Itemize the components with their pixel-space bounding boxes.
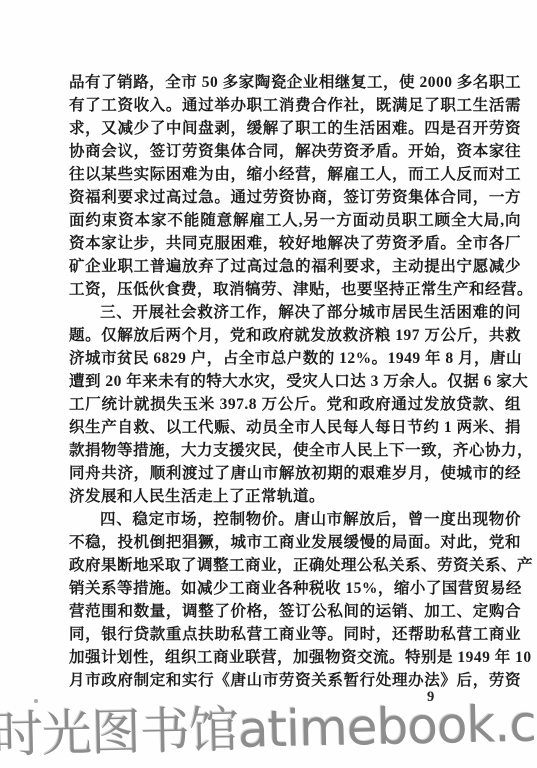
text-line: 矿企业职工普遍放弃了过高过急的福利要求，主动提出宁愿减少 <box>69 255 521 278</box>
text-line: 资福利要求过高过急。通过劳资协商，签订劳资集体合同，一方 <box>69 186 521 209</box>
text-line: 四、稳定市场，控制物价。唐山市解放后，曾一度出现物价 <box>69 508 521 531</box>
text-line: 同舟共济，顺利渡过了唐山市解放初期的艰难岁月，使城市的经 <box>69 462 521 485</box>
text-line: 织生产自救、以工代赈、动员全市人民每人每日节约 1 两米、捐 <box>69 416 521 439</box>
text-line: 品有了销路，全市 50 多家陶瓷企业相继复工，使 2000 多名职工 <box>69 71 521 94</box>
text-line: 同，银行贷款重点扶助私营工商业等。同时，还帮助私营工商业 <box>69 623 521 646</box>
text-line: 政府果断地采取了调整工商业，正确处理公私关系、劳资关系、产 <box>69 554 521 577</box>
text-line: 济发展和人民生活走上了正常轨道。 <box>69 485 521 508</box>
text-line: 求，又减少了中间盘剥，缓解了职工的生活困难。四是召开劳资 <box>69 117 521 140</box>
body-text: 品有了销路，全市 50 多家陶瓷企业相继复工，使 2000 多名职工有了工资收入… <box>69 71 521 692</box>
text-line: 往以某些实际困难为由，缩小经营，解雇工人，而工人反而对工 <box>69 163 521 186</box>
text-line: 资本家让步，共同克服困难，较好地解决了劳资矛盾。全市各厂 <box>69 232 521 255</box>
text-line: 有了工资收入。通过举办职工消费合作社，既满足了职工生活需 <box>69 94 521 117</box>
text-line: 工资，压低伙食费，取消犒劳、津贴，也要坚持正常生产和经营。 <box>69 278 521 301</box>
text-line: 销关系等措施。如减少工商业各种税收 15%，缩小了国营贸易经 <box>69 577 521 600</box>
text-line: 济城市贫民 6829 户，占全市总户数的 12%。1949 年 8 月，唐山 <box>69 347 521 370</box>
scanned-book-page: 品有了销路，全市 50 多家陶瓷企业相继复工，使 2000 多名职工有了工资收入… <box>0 0 537 768</box>
text-line: 月市政府制定和实行《唐山市劳资关系暂行处理办法》后，劳资 <box>69 669 521 692</box>
scan-artifact-dot <box>34 699 38 703</box>
text-line: 不稳，投机倒把猖獗，城市工商业发展缓慢的局面。对此，党和 <box>69 531 521 554</box>
text-line: 加强计划性，组织工商业联营，加强物资交流。特别是 1949 年 10 <box>69 646 521 669</box>
text-line: 工厂统计就损失玉米 397.8 万公斤。党和政府通过发放贷款、组 <box>69 393 521 416</box>
library-watermark: 时光图书馆atimebook.com <box>0 693 537 764</box>
text-line: 题。仅解放后两个月，党和政府就发放救济粮 197 万公斤，共救 <box>69 324 521 347</box>
text-line: 遭到 20 年来未有的特大水灾，受灾人口达 3 万余人。仅据 6 家大 <box>69 370 521 393</box>
text-line: 营范围和数量，调整了价格，签订公私间的运销、加工、定购合 <box>69 600 521 623</box>
text-line: 协商会议，签订劳资集体合同，解决劳资矛盾。开始，资本家往 <box>69 140 521 163</box>
text-line: 面约束资本家不能随意解雇工人,另一方面动员职工顾全大局,向 <box>69 209 521 232</box>
text-line: 款捐物等措施，大力支援灾民，使全市人民上下一致，齐心协力， <box>69 439 521 462</box>
text-line: 三、开展社会救济工作，解决了部分城市居民生活困难的问 <box>69 301 521 324</box>
